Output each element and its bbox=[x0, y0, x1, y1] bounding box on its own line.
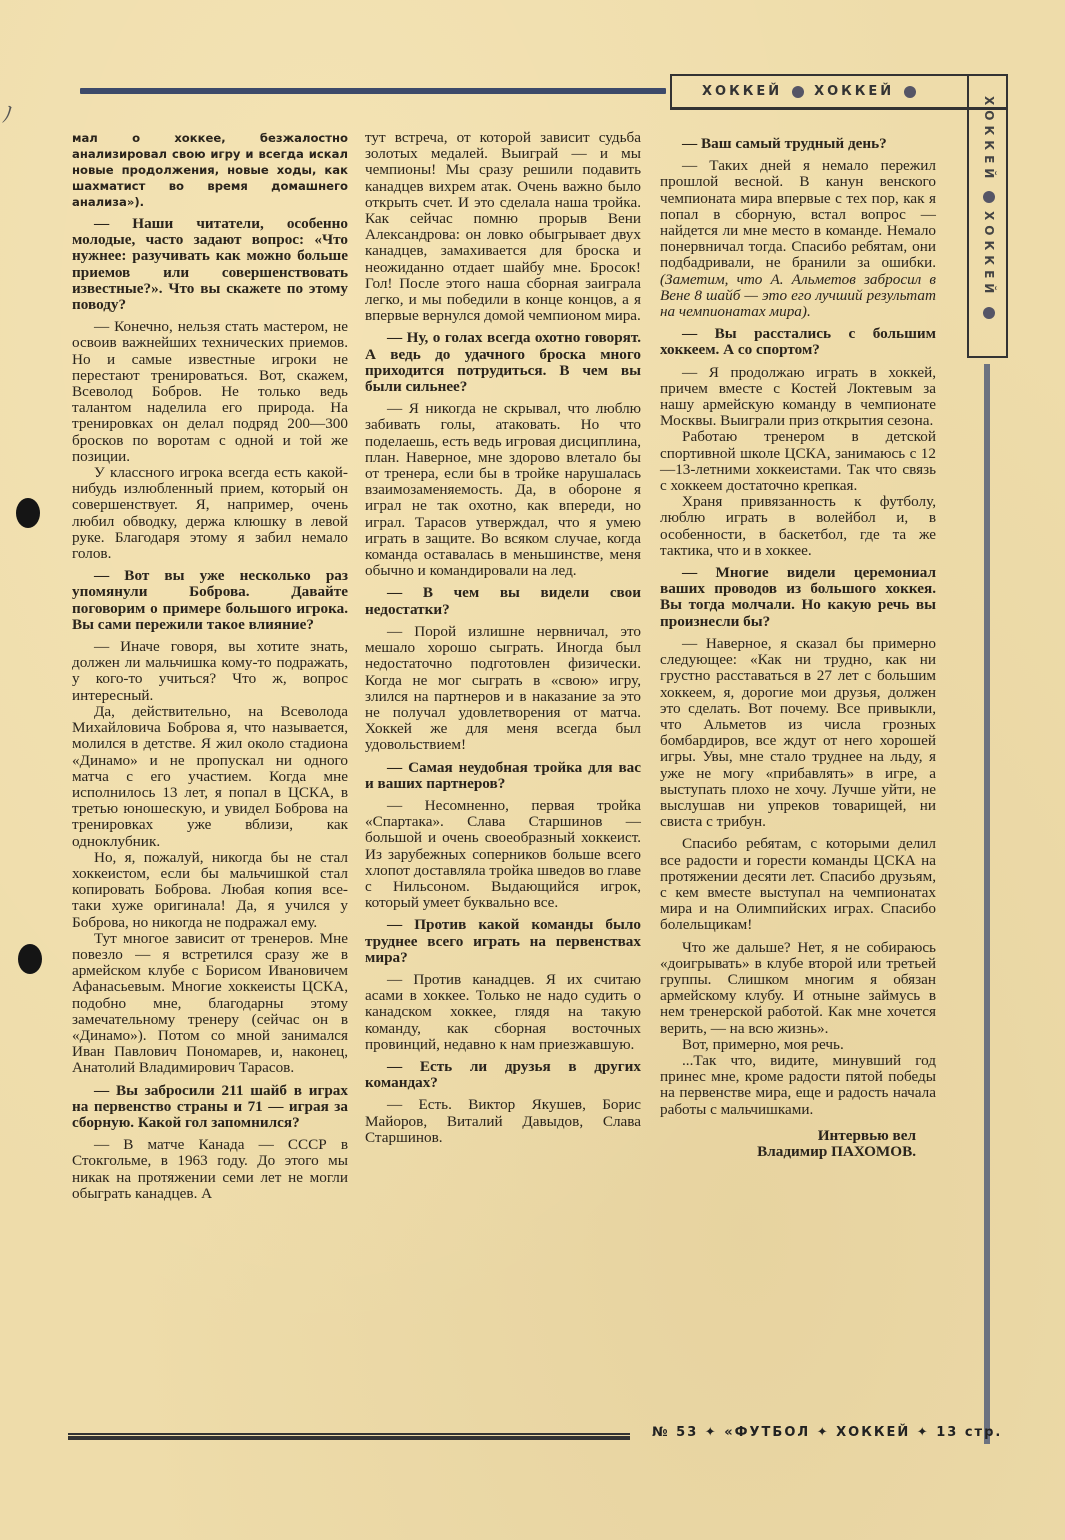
paragraph: Что же дальше? Нет, я не собираюсь «доиг… bbox=[660, 940, 936, 1037]
byline-label: Интервью вел bbox=[818, 1127, 916, 1144]
article-column-1: мал о хоккее, безжалостно анализировал с… bbox=[72, 130, 348, 1202]
separator-icon: ✦ bbox=[705, 1425, 718, 1440]
side-header-rule bbox=[967, 108, 969, 358]
paragraph: Да, действительно, на Всеволода Михайлов… bbox=[72, 704, 348, 850]
section-header: ХОККЕЙ ХОККЕЙ bbox=[702, 84, 916, 99]
paragraph: — Таких дней я немало пережил прошлой ве… bbox=[660, 158, 936, 320]
puck-icon bbox=[983, 307, 995, 319]
paragraph: — Несомненно, первая тройка «Спартака». … bbox=[365, 798, 641, 911]
section-label: ХОККЕЙ bbox=[814, 84, 894, 99]
interview-question: — Многие видели церемониал ваших проводо… bbox=[660, 565, 936, 630]
paragraph: Спасибо ребятам, с которыми делил все ра… bbox=[660, 836, 936, 933]
paragraph: Работаю тренером в детской спортивной шк… bbox=[660, 429, 936, 494]
author-name: Владимир ПАХОМОВ. bbox=[757, 1143, 916, 1160]
punch-hole bbox=[18, 944, 42, 974]
paragraph: — Я продолжаю играть в хоккей, причем вм… bbox=[660, 365, 936, 430]
paragraph: У классного игрока всегда есть какой-ниб… bbox=[72, 465, 348, 562]
paragraph: Тут многое зависит от тренеров. Мне пове… bbox=[72, 931, 348, 1077]
paragraph: ...Так что, видите, минувший год принес … bbox=[660, 1053, 936, 1118]
paragraph: Но, я, пожалуй, никогда бы не стал хокке… bbox=[72, 850, 348, 931]
interview-question: — Вот вы уже несколько раз упомянули Боб… bbox=[72, 568, 348, 633]
separator-icon: ✦ bbox=[817, 1425, 830, 1440]
interview-question: — Самая неудобная тройка для вас и ваших… bbox=[365, 760, 641, 792]
byline: Интервью велВладимир ПАХОМОВ. bbox=[660, 1128, 936, 1160]
interview-question: — Ваш самый трудный день? bbox=[660, 136, 936, 152]
footer-rule bbox=[68, 1433, 630, 1440]
separator-icon: ✦ bbox=[917, 1425, 930, 1440]
paragraph: Храня привязанность к футболу, люблю игр… bbox=[660, 494, 936, 559]
paragraph: — Конечно, нельзя стать мастером, не осв… bbox=[72, 319, 348, 465]
paragraph: — Иначе говоря, вы хотите знать, должен … bbox=[72, 639, 348, 704]
interview-question: — Против какой команды было труднее всег… bbox=[365, 917, 641, 966]
page-footer: № 53 ✦ «ФУТБОЛ ✦ ХОККЕЙ ✦ 13 стр. bbox=[652, 1425, 1002, 1440]
issue-number: № 53 bbox=[652, 1425, 698, 1440]
interview-question: — Наши читатели, особенно молодые, часто… bbox=[72, 216, 348, 313]
paragraph: — Против канадцев. Я их считаю асами в х… bbox=[365, 972, 641, 1053]
header-rule bbox=[80, 88, 666, 94]
paragraph: — В матче Канада — СССР в Стокгольме, в … bbox=[72, 1137, 348, 1202]
paragraph: — Порой излишне нервничал, это мешало хо… bbox=[365, 624, 641, 754]
interview-question: — В чем вы видели свои недостатки? bbox=[365, 585, 641, 617]
paragraph: тут встреча, от которой зависит судьба з… bbox=[365, 130, 641, 324]
puck-icon bbox=[904, 86, 916, 98]
paragraph: — Наверное, я сказал бы примерно следующ… bbox=[660, 636, 936, 830]
page-number: 13 стр. bbox=[936, 1425, 1002, 1440]
paragraph: мал о хоккее, безжалостно анализировал с… bbox=[72, 130, 348, 210]
interview-question: — Вы расстались с большим хоккеем. А со … bbox=[660, 326, 936, 358]
paragraph: Вот, примерно, моя речь. bbox=[660, 1037, 936, 1053]
puck-icon bbox=[983, 191, 995, 203]
puck-icon bbox=[792, 86, 804, 98]
side-header: ХОККЕЙ ХОККЕЙ bbox=[978, 96, 1000, 327]
margin-mark: ﾉ bbox=[2, 98, 13, 129]
section-label: ХОККЕЙ bbox=[702, 84, 782, 99]
article-column-3: — Ваш самый трудный день?— Таких дней я … bbox=[660, 130, 936, 1160]
article-column-2: тут встреча, от которой зависит судьба з… bbox=[365, 130, 641, 1146]
interview-question: — Ну, о голах всегда охотно говорят. А в… bbox=[365, 330, 641, 395]
side-label: ХОККЕЙ bbox=[981, 211, 997, 298]
paragraph: — Есть. Виктор Якушев, Борис Майоров, Ви… bbox=[365, 1097, 641, 1146]
paragraph: — Я никогда не скрывал, что люблю забива… bbox=[365, 401, 641, 579]
column-rule bbox=[984, 364, 990, 1444]
publication-name: «ФУТБОЛ bbox=[724, 1425, 810, 1440]
editor-note: (Заметим, что А. Альметов забросил в Вен… bbox=[660, 271, 936, 320]
punch-hole bbox=[16, 498, 40, 528]
section-header-box: ХОККЕЙ ХОККЕЙ bbox=[670, 74, 1008, 110]
interview-question: — Вы забросили 211 шайб в играх на перве… bbox=[72, 1083, 348, 1132]
section-name: ХОККЕЙ bbox=[836, 1425, 910, 1440]
side-label: ХОККЕЙ bbox=[981, 96, 997, 183]
interview-question: — Есть ли друзья в других командах? bbox=[365, 1059, 641, 1091]
